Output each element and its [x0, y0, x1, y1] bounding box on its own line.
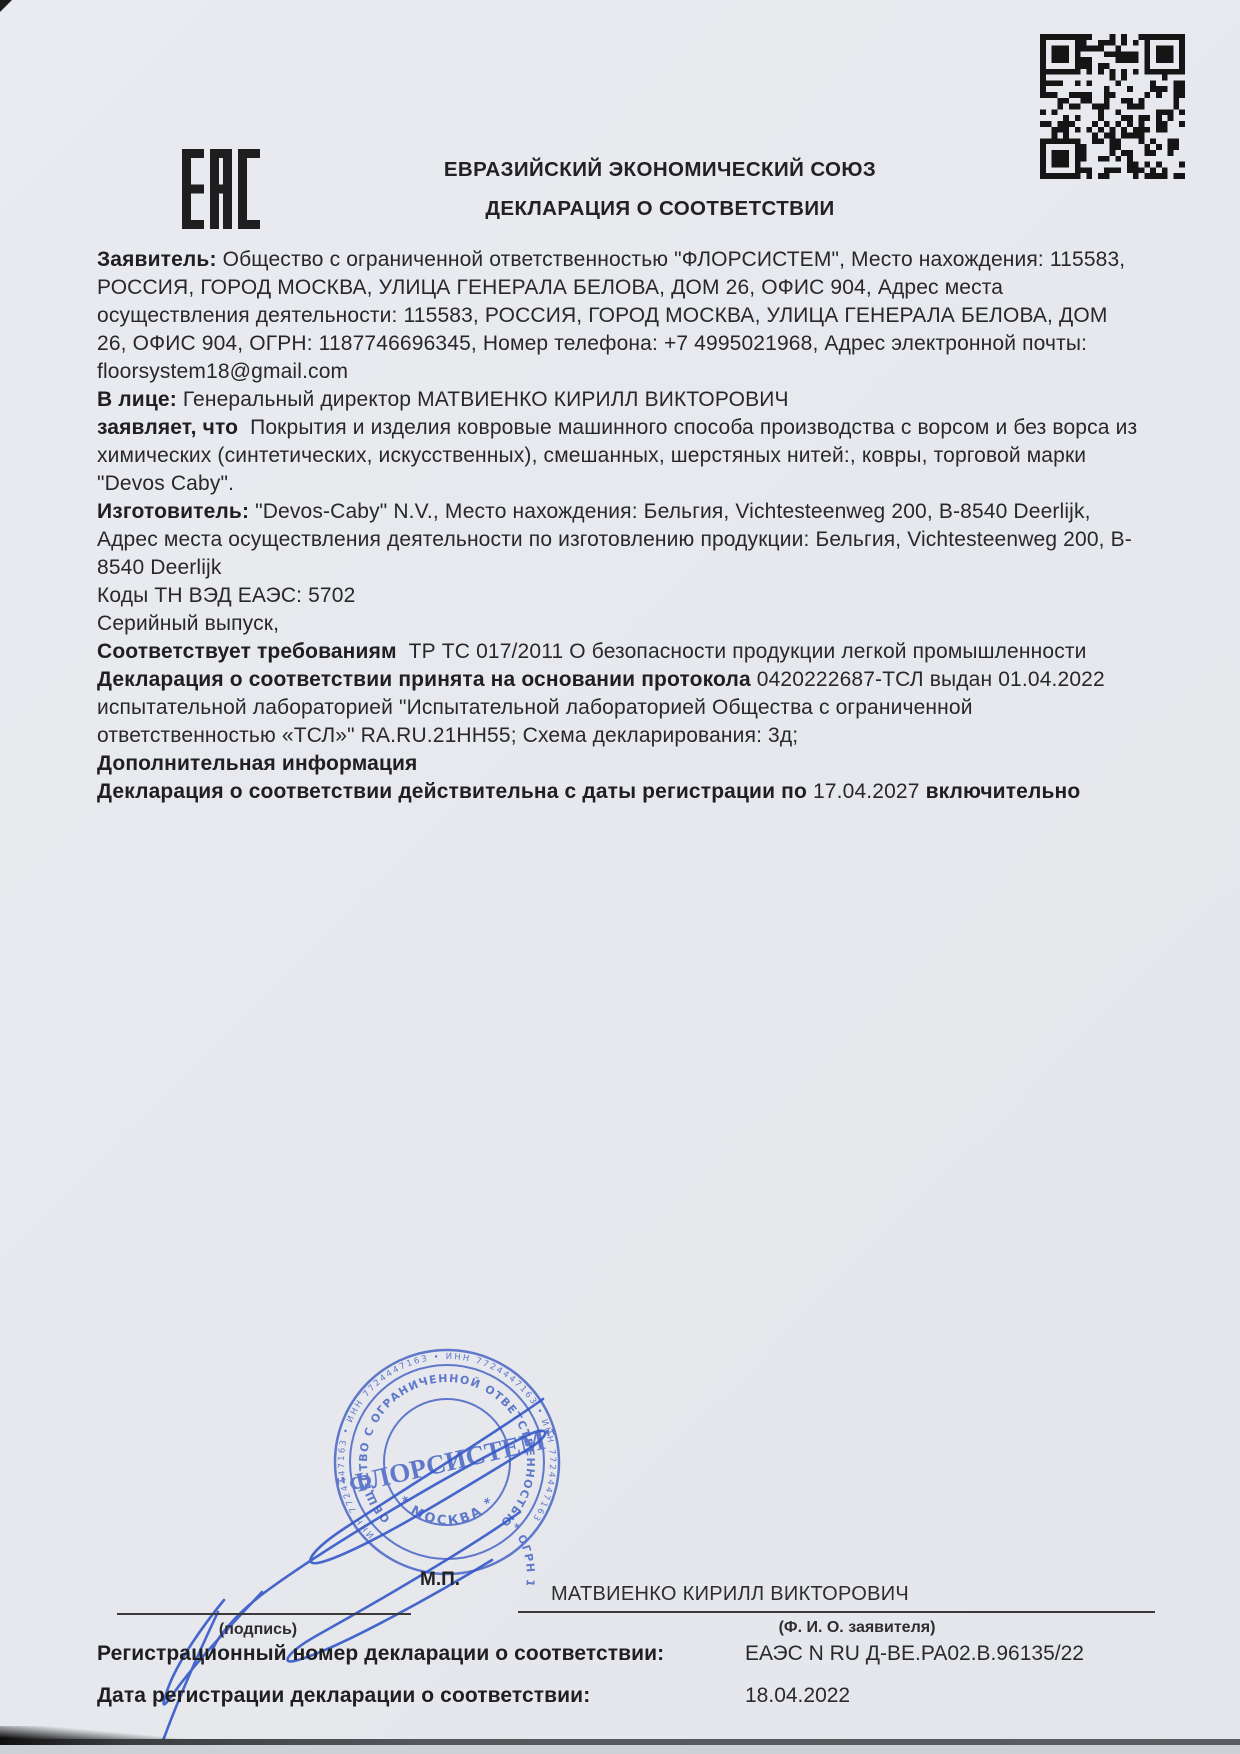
serial-line: Серийный выпуск,: [97, 610, 1143, 638]
person-label: В лице:: [97, 388, 177, 411]
qr-code: [1040, 34, 1185, 179]
registration-date-label: Дата регистрации декларации о соответств…: [97, 1684, 590, 1708]
eac-logo: [182, 149, 260, 229]
document-header: ЕВРАЗИЙСКИЙ ЭКОНОМИЧЕСКИЙ СОЮЗ ДЕКЛАРАЦИ…: [280, 158, 1040, 221]
declaration-body: Заявитель: Общество с ограниченной ответ…: [97, 246, 1143, 806]
validity-date: 17.04.2027: [807, 780, 926, 803]
scan-corner-artifact: [0, 0, 12, 12]
declares-text: Покрытия и изделия ковровые машинного сп…: [97, 416, 1137, 495]
applicant-text: Общество с ограниченной ответственностью…: [97, 248, 1125, 383]
manufacturer-label: Изготовитель:: [97, 500, 249, 523]
scanned-declaration-page: ЕВРАЗИЙСКИЙ ЭКОНОМИЧЕСКИЙ СОЮЗ ДЕКЛАРАЦИ…: [0, 0, 1240, 1754]
basis-label: Декларация о соответствии принята на осн…: [97, 668, 751, 691]
applicant-paragraph: Заявитель: Общество с ограниченной ответ…: [97, 246, 1143, 386]
applicant-full-name: МАТВИЕНКО КИРИЛЛ ВИКТОРОВИЧ: [480, 1583, 980, 1606]
basis-paragraph: Декларация о соответствии принята на осн…: [97, 666, 1143, 750]
registration-number-label: Регистрационный номер декларации о соотв…: [97, 1642, 664, 1666]
union-title: ЕВРАЗИЙСКИЙ ЭКОНОМИЧЕСКИЙ СОЮЗ: [280, 158, 1040, 182]
additional-info-label: Дополнительная информация: [97, 750, 1143, 778]
conforms-text: ТР ТС 017/2011 О безопасности продукции …: [397, 640, 1087, 663]
person-paragraph: В лице: Генеральный директор МАТВИЕНКО К…: [97, 386, 1143, 414]
declares-label: заявляет, что: [97, 416, 238, 439]
conforms-paragraph: Соответствует требованиямТР ТС 017/2011 …: [97, 638, 1143, 666]
person-text: Генеральный директор МАТВИЕНКО КИРИЛЛ ВИ…: [177, 388, 789, 411]
validity-suffix: включительно: [926, 780, 1081, 803]
registration-date-value: 18.04.2022: [745, 1684, 850, 1708]
signature-caption: (подпись): [158, 1621, 358, 1639]
applicant-label: Заявитель:: [97, 248, 217, 271]
manufacturer-paragraph: Изготовитель: "Devos-Caby" N.V., Место н…: [97, 498, 1143, 582]
tnved-line: Коды ТН ВЭД ЕАЭС: 5702: [97, 582, 1143, 610]
conforms-label: Соответствует требованиям: [97, 640, 397, 663]
registration-number-value: ЕАЭС N RU Д-BE.PA02.B.96135/22: [745, 1642, 1084, 1666]
scan-bed-strip: [0, 1745, 1240, 1754]
name-line: [518, 1611, 1155, 1613]
document-title: ДЕКЛАРАЦИЯ О СООТВЕТСТВИИ: [280, 197, 1040, 221]
signature-line: [117, 1613, 411, 1615]
validity-paragraph: Декларация о соответствии действительна …: [97, 778, 1143, 806]
validity-label: Декларация о соответствии действительна …: [97, 780, 807, 803]
name-caption: (Ф. И. О. заявителя): [707, 1619, 1007, 1637]
manufacturer-text: "Devos-Caby" N.V., Место нахождения: Бел…: [97, 500, 1132, 579]
declares-paragraph: заявляет, чтоПокрытия и изделия ковровые…: [97, 414, 1143, 498]
